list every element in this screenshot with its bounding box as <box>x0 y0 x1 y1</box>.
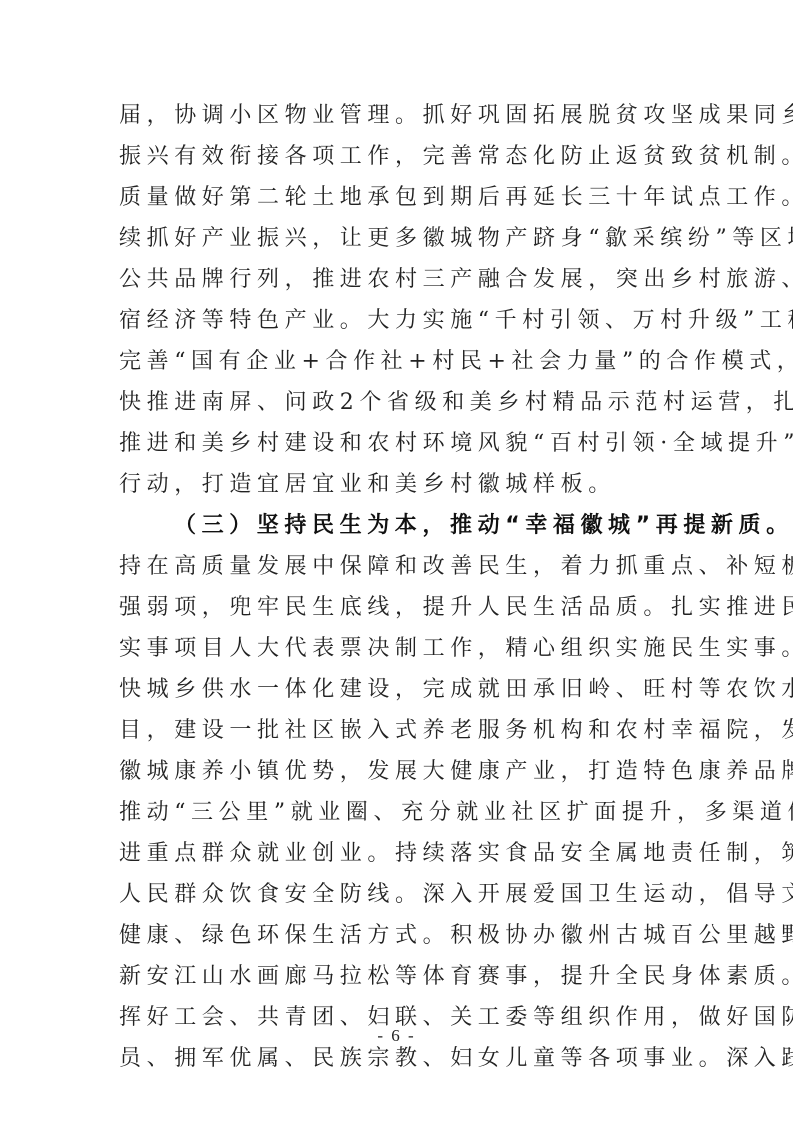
section-heading-line: （三）坚持民生为本，推动“幸福徽城”再提新质。坚 <box>119 509 675 550</box>
text-line: 强弱项，兜牢民生底线，提升人民生活品质。扎实推进民生 <box>119 591 675 632</box>
text-line: 徽城康养小镇优势，发展大健康产业，打造特色康养品牌。 <box>119 755 675 796</box>
text-line: 推动“三公里”就业圈、充分就业社区扩面提升，多渠道促 <box>119 796 675 837</box>
section-heading: （三）坚持民生为本，推动“幸福徽城”再提新质。 <box>174 513 793 538</box>
text-line: 完善“国有企业+合作社+村民+社会力量”的合作模式，加 <box>119 345 675 386</box>
text-line: 员、拥军优属、民族宗教、妇女儿童等各项事业。深入践行 <box>119 1042 675 1083</box>
document-page: 届，协调小区物业管理。抓好巩固拓展脱贫攻坚成果同乡村 振兴有效衔接各项工作，完善… <box>0 0 793 1122</box>
text-line: 持在高质量发展中保障和改善民生，着力抓重点、补短板、 <box>119 550 675 591</box>
text-line: 新安江山水画廊马拉松等体育赛事，提升全民身体素质。发 <box>119 960 675 1001</box>
text-line: 健康、绿色环保生活方式。积极协办徽州古城百公里越野赛、 <box>119 919 675 960</box>
text-line: 行动，打造宜居宜业和美乡村徽城样板。 <box>119 468 675 509</box>
text-line: 宿经济等特色产业。大力实施“千村引领、万村升级”工程， <box>119 304 675 345</box>
text-line: 续抓好产业振兴，让更多徽城物产跻身“歙采缤纷”等区域 <box>119 222 675 263</box>
text-line: 人民群众饮食安全防线。深入开展爱国卫生运动，倡导文明 <box>119 878 675 919</box>
text-line: 快推进南屏、问政2个省级和美乡村精品示范村运营，扎实 <box>119 386 675 427</box>
text-line: 公共品牌行列，推进农村三产融合发展，突出乡村旅游、民 <box>119 263 675 304</box>
text-line: 推进和美乡村建设和农村环境风貌“百村引领·全域提升” <box>119 427 675 468</box>
text-line: 振兴有效衔接各项工作，完善常态化防止返贫致贫机制。高 <box>119 140 675 181</box>
text-line: 质量做好第二轮土地承包到期后再延长三十年试点工作。持 <box>119 181 675 222</box>
text-line: 快城乡供水一体化建设，完成就田承旧岭、旺村等农饮水项 <box>119 673 675 714</box>
text-line: 进重点群众就业创业。持续落实食品安全属地责任制，筑牢 <box>119 837 675 878</box>
text-line: 实事项目人大代表票决制工作，精心组织实施民生实事。加 <box>119 632 675 673</box>
body-text: 届，协调小区物业管理。抓好巩固拓展脱贫攻坚成果同乡村 振兴有效衔接各项工作，完善… <box>119 99 675 1083</box>
text-line: 届，协调小区物业管理。抓好巩固拓展脱贫攻坚成果同乡村 <box>119 99 675 140</box>
text-line: 目，建设一批社区嵌入式养老服务机构和农村幸福院，发挥 <box>119 714 675 755</box>
page-number: - 6 - <box>0 1026 793 1046</box>
